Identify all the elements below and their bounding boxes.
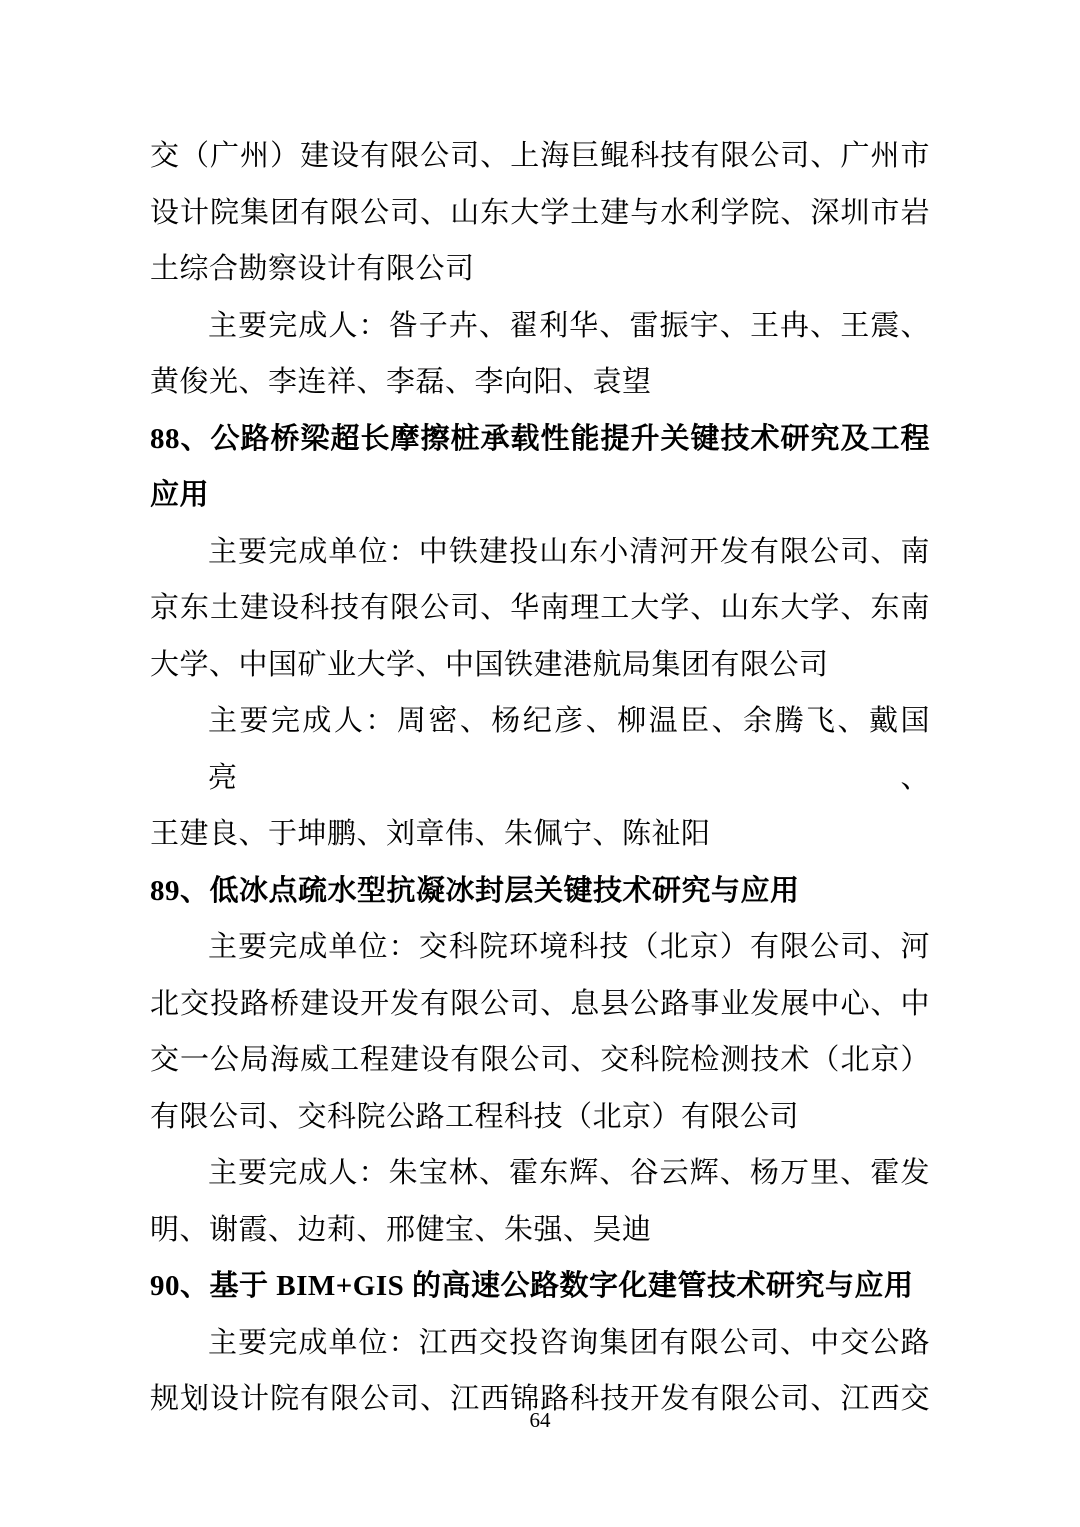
organizations-line: 京东土建设科技有限公司、华南理工大学、山东大学、东南	[150, 580, 930, 637]
organizations-line: 北交投路桥建设开发有限公司、息县公路事业发展中心、中	[150, 976, 930, 1033]
page-number: 64	[0, 1408, 1080, 1433]
organizations-line: 主要完成单位：江西交投咨询集团有限公司、中交公路	[150, 1315, 930, 1372]
contributors-line: 主要完成人：昝子卉、翟利华、雷振宇、王冉、王震、	[150, 298, 930, 355]
section-title-88: 88、公路桥梁超长摩擦桩承载性能提升关键技术研究及工程	[150, 411, 930, 468]
contributors-line: 王建良、于坤鹏、刘章伟、朱佩宁、陈祉阳	[150, 806, 930, 863]
paragraph-line: 交（广州）建设有限公司、上海巨鲲科技有限公司、广州市	[150, 128, 930, 185]
organizations-line: 大学、中国矿业大学、中国铁建港航局集团有限公司	[150, 637, 930, 694]
paragraph-line: 土综合勘察设计有限公司	[150, 241, 930, 298]
section-title-89: 89、低冰点疏水型抗凝冰封层关键技术研究与应用	[150, 863, 930, 920]
organizations-line: 交一公局海威工程建设有限公司、交科院检测技术（北京）	[150, 1032, 930, 1089]
document-body: 交（广州）建设有限公司、上海巨鲲科技有限公司、广州市 设计院集团有限公司、山东大…	[150, 128, 930, 1428]
section-title-90: 90、基于 BIM+GIS 的高速公路数字化建管技术研究与应用	[150, 1258, 930, 1315]
paragraph-line: 设计院集团有限公司、山东大学土建与水利学院、深圳市岩	[150, 185, 930, 242]
organizations-line: 主要完成单位：中铁建投山东小清河开发有限公司、南	[150, 524, 930, 581]
section-title-88-continued: 应用	[150, 467, 930, 524]
contributors-line: 主要完成人：朱宝林、霍东辉、谷云辉、杨万里、霍发	[150, 1145, 930, 1202]
organizations-line: 主要完成单位：交科院环境科技（北京）有限公司、河	[150, 919, 930, 976]
organizations-line: 有限公司、交科院公路工程科技（北京）有限公司	[150, 1089, 930, 1146]
document-page: 交（广州）建设有限公司、上海巨鲲科技有限公司、广州市 设计院集团有限公司、山东大…	[0, 0, 1080, 1527]
contributors-line: 主要完成人：周密、杨纪彦、柳温臣、余腾飞、戴国亮、	[150, 693, 930, 806]
contributors-line: 明、谢霞、边莉、邢健宝、朱强、吴迪	[150, 1202, 930, 1259]
contributors-line: 黄俊光、李连祥、李磊、李向阳、袁望	[150, 354, 930, 411]
